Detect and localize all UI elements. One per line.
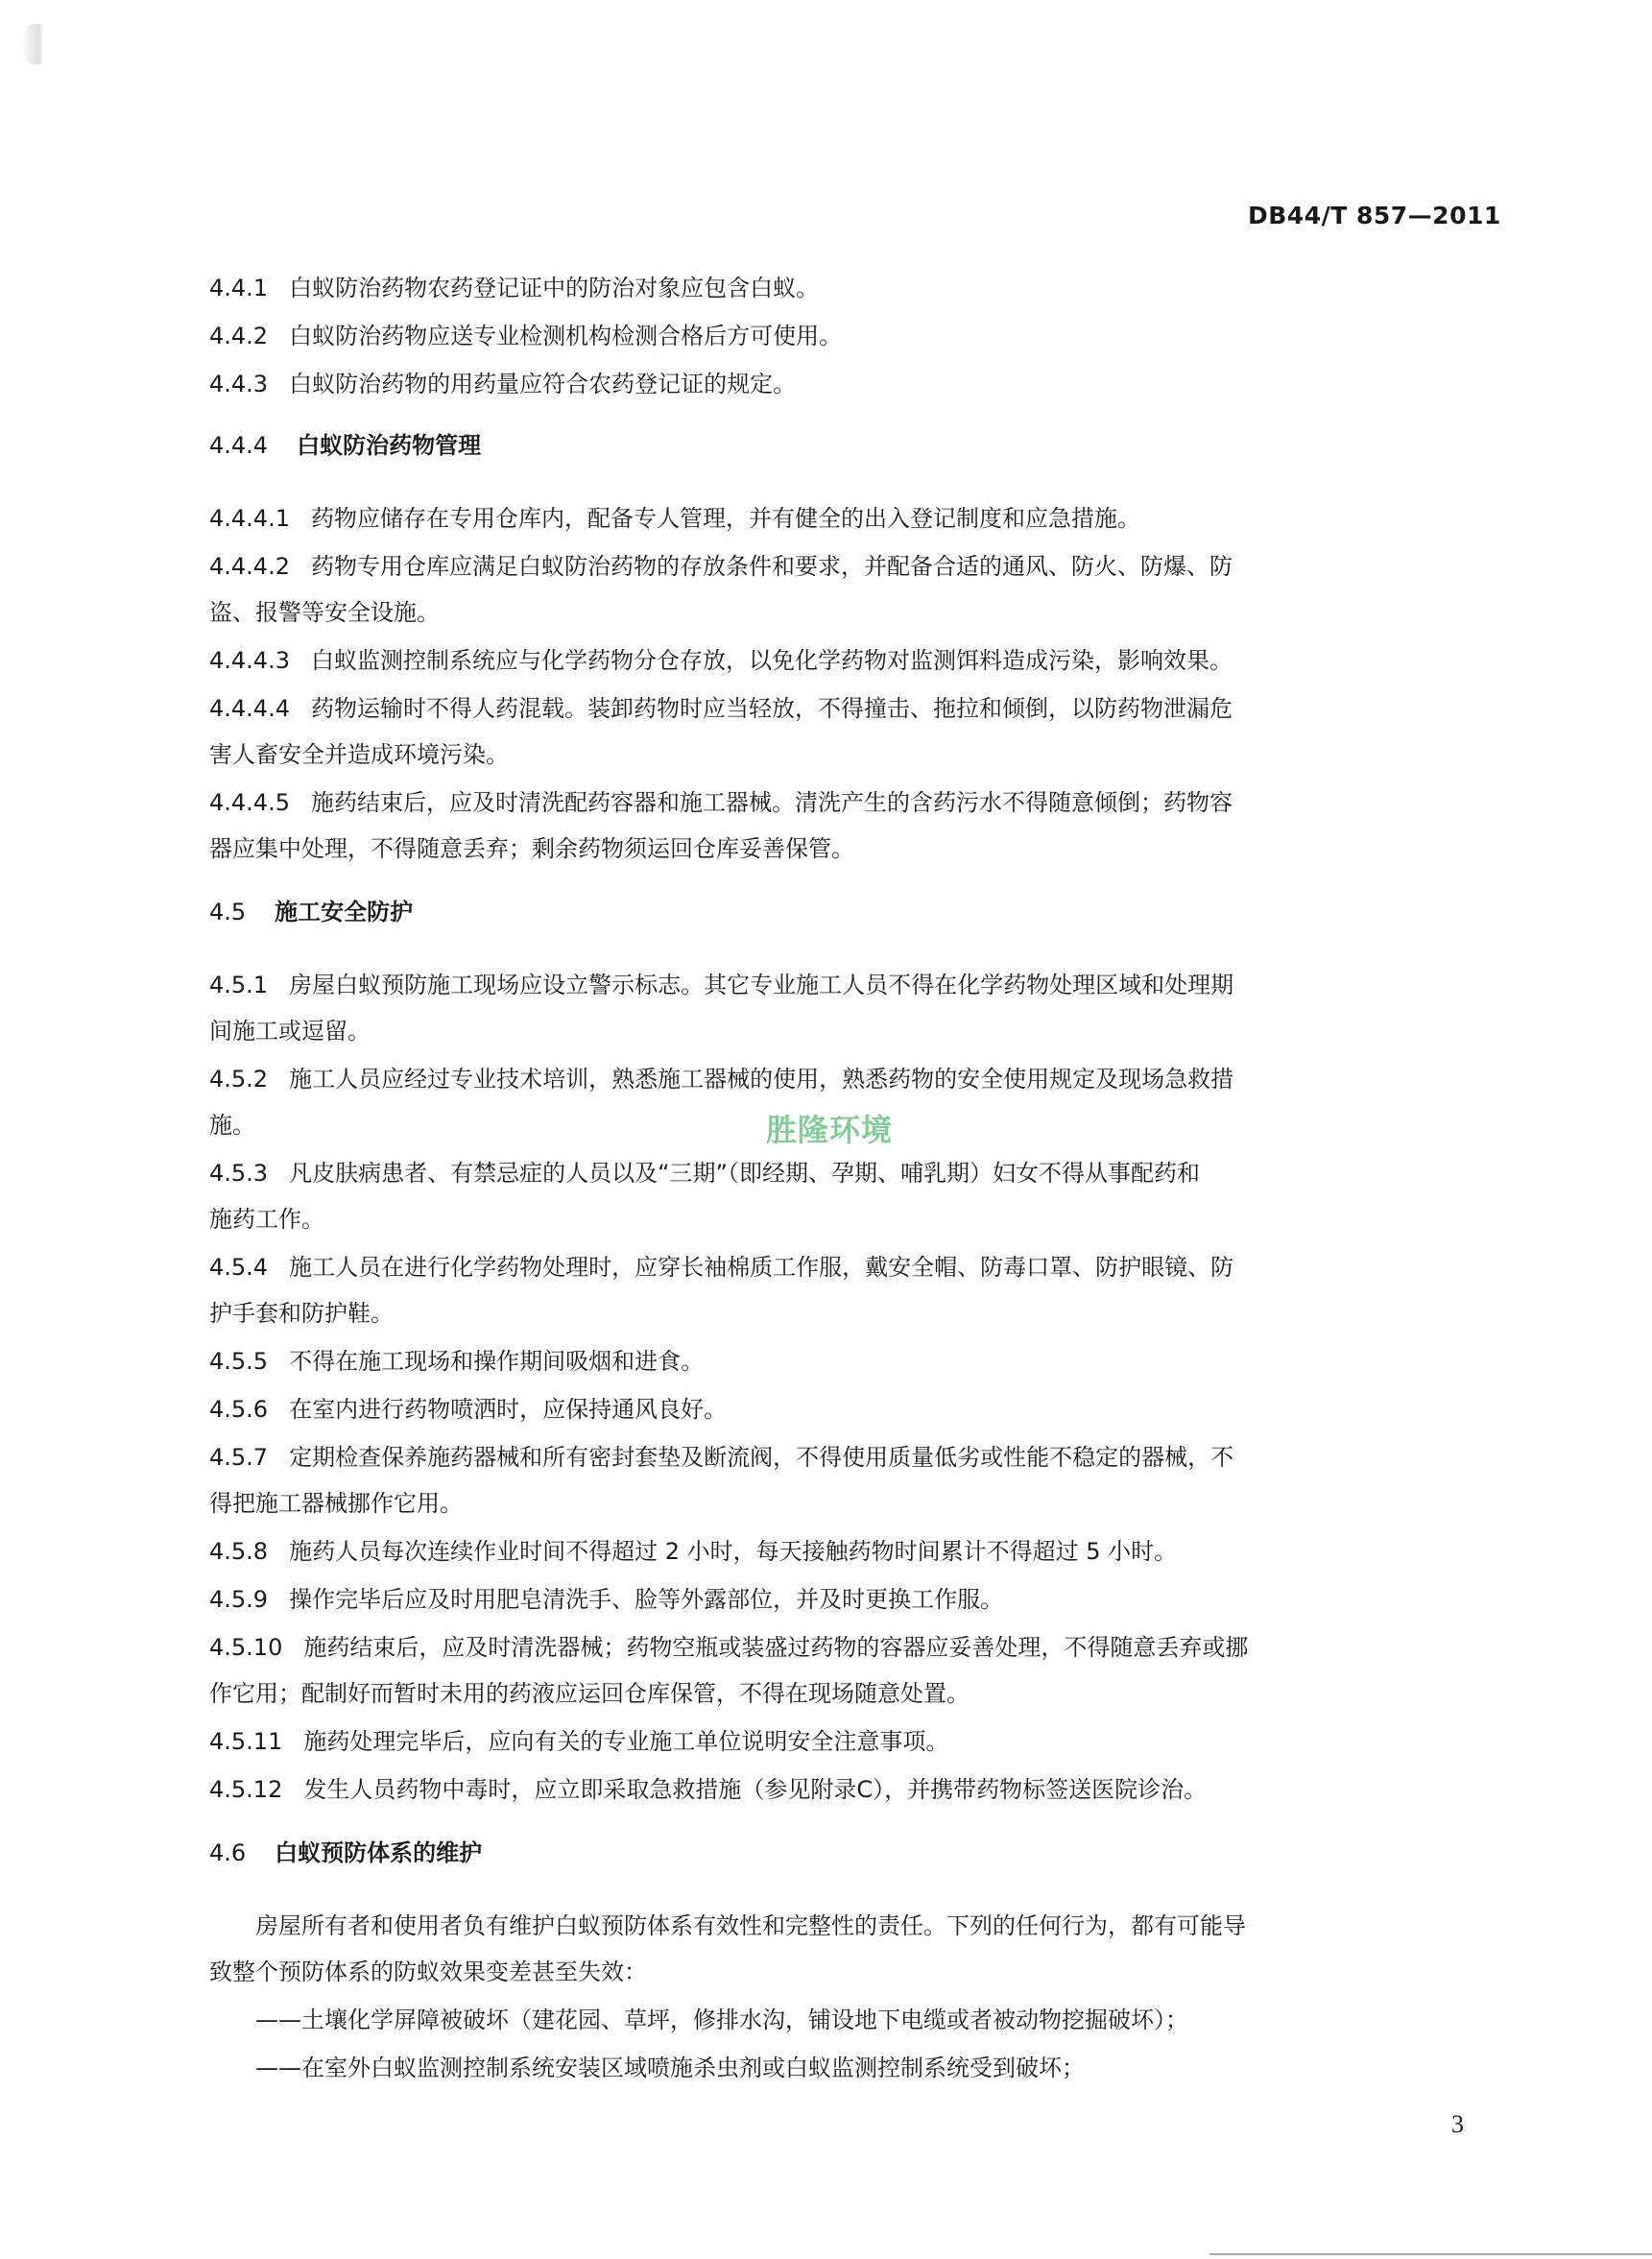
clause-number: 4.4.4.4: [209, 691, 290, 726]
heading-number: 4.4.4: [209, 428, 268, 463]
clause-number: 4.4.4.1: [209, 501, 290, 536]
clause-4-5-3: 4.5.3凡皮肤病患者、有禁忌症的人员以及“三期”（即经期、孕期、哺乳期）妇女不…: [209, 1156, 1481, 1190]
clause-text: 在室内进行药物喷洒时，应保持通风良好。: [289, 1396, 727, 1423]
clause-number: 4.4.4.3: [209, 643, 290, 678]
heading-number: 4.6: [209, 1836, 246, 1870]
clause-4-5-8: 4.5.8施药人员每次连续作业时间不得超过 2 小时，每天接触药物时间累计不得超…: [209, 1534, 1481, 1569]
clause-text: 药物专用仓库应满足白蚁防治药物的存放条件和要求，并配备合适的通风、防火、防爆、防: [311, 553, 1233, 580]
clause-text: 施药人员每次连续作业时间不得超过 2 小时，每天接触药物时间累计不得超过 5 小…: [289, 1538, 1177, 1565]
clause-text: 白蚁防治药物的用药量应符合农药登记证的规定。: [289, 371, 796, 397]
clause-text: 施工人员应经过专业技术培训，熟悉施工器械的使用，熟悉药物的安全使用规定及现场急救…: [289, 1066, 1233, 1093]
watermark-text: 胜隆环境: [766, 1106, 893, 1150]
clause-4-5-5: 4.5.5不得在施工现场和操作期间吸烟和进食。: [209, 1344, 1481, 1379]
standard-code-header: DB44/T 857—2011: [1248, 202, 1501, 229]
clause-4-5-9: 4.5.9操作完毕后应及时用肥皂清洗手、脸等外露部位，并及时更换工作服。: [209, 1582, 1481, 1617]
clause-4-4-4-3: 4.4.4.3白蚁监测控制系统应与化学药物分仓存放，以免化学药物对监测饵料造成污…: [209, 643, 1481, 678]
clause-text: 药物应储存在专用仓库内，配备专人管理，并有健全的出入登记制度和应急措施。: [311, 505, 1140, 532]
clause-number: 4.5.6: [209, 1392, 268, 1427]
clause-number: 4.4.4.2: [209, 549, 290, 584]
clause-number: 4.5.4: [209, 1250, 268, 1285]
clause-text: 房屋白蚁预防施工现场应设立警示标志。其它专业施工人员不得在化学药物处理区域和处理…: [289, 972, 1233, 998]
clause-4-4-1: 4.4.1白蚁防治药物农药登记证中的防治对象应包含白蚁。: [209, 271, 1481, 305]
clause-text: 定期检查保养施药器械和所有密封套垫及断流阀，不得使用质量低劣或性能不稳定的器械，…: [289, 1444, 1233, 1471]
scan-edge-shadow: [21, 24, 42, 64]
heading-number: 4.5: [209, 895, 246, 929]
clause-4-5-1: 4.5.1房屋白蚁预防施工现场应设立警示标志。其它专业施工人员不得在化学药物处理…: [209, 968, 1481, 1002]
clause-4-5-2: 4.5.2施工人员应经过专业技术培训，熟悉施工器械的使用，熟悉药物的安全使用规定…: [209, 1062, 1481, 1096]
clause-4-5-12: 4.5.12发生人员药物中毒时，应立即采取急救措施（参见附录C），并携带药物标签…: [209, 1772, 1481, 1807]
heading-text: 施工安全防护: [275, 899, 413, 925]
clause-text: 操作完毕后应及时用肥皂清洗手、脸等外露部位，并及时更换工作服。: [289, 1586, 1003, 1613]
clause-4-4-4-4: 4.4.4.4药物运输时不得人药混载。装卸药物时应当轻放，不得撞击、拖拉和倾倒，…: [209, 691, 1481, 726]
clause-continuation: 盗、报警等安全设施。: [209, 595, 1481, 630]
clause-text: 白蚁防治药物应送专业检测机构检测合格后方可使用。: [289, 323, 842, 349]
clause-number: 4.5.9: [209, 1582, 268, 1617]
heading-text: 白蚁预防体系的维护: [275, 1839, 482, 1866]
clause-number: 4.4.2: [209, 319, 268, 353]
scan-bottom-edge: [1209, 2253, 1652, 2255]
maintenance-intro-line-1: 房屋所有者和使用者负有维护白蚁预防体系有效性和完整性的责任。下列的任何行为，都有…: [209, 1909, 1481, 1943]
clause-number: 4.4.3: [209, 367, 268, 401]
maintenance-intro-line-2: 致整个预防体系的防蚁效果变差甚至失效：: [209, 1955, 1481, 1989]
page-number: 3: [1451, 2110, 1464, 2139]
clause-number: 4.5.11: [209, 1724, 282, 1759]
heading-4-6: 4.6白蚁预防体系的维护: [209, 1836, 1481, 1870]
clause-text: 药物运输时不得人药混载。装卸药物时应当轻放，不得撞击、拖拉和倾倒，以防药物泄漏危: [311, 695, 1233, 722]
heading-text: 白蚁防治药物管理: [297, 432, 481, 459]
clause-text: 施药处理完毕后，应向有关的专业施工单位说明安全注意事项。: [303, 1728, 948, 1755]
clause-number: 4.5.3: [209, 1156, 268, 1190]
document-body: 4.4.1白蚁防治药物农药登记证中的防治对象应包含白蚁。 4.4.2白蚁防治药物…: [209, 271, 1481, 2099]
maintenance-list-item: ——土壤化学屏障被破坏（建花园、草坪，修排水沟，铺设地下电缆或者被动物挖掘破坏）…: [209, 2003, 1481, 2037]
clause-continuation: 护手套和防护鞋。: [209, 1296, 1481, 1331]
clause-continuation: 作它用；配制好而暂时未用的药液应运回仓库保管，不得在现场随意处置。: [209, 1676, 1481, 1711]
clause-text: 不得在施工现场和操作期间吸烟和进食。: [289, 1348, 704, 1375]
clause-text: 施药结束后，应及时清洗配药容器和施工器械。清洗产生的含药污水不得随意倾倒；药物容: [311, 789, 1233, 816]
clause-4-5-6: 4.5.6在室内进行药物喷洒时，应保持通风良好。: [209, 1392, 1481, 1427]
clause-continuation: 害人畜安全并造成环境污染。: [209, 737, 1481, 772]
clause-text: 发生人员药物中毒时，应立即采取急救措施（参见附录C），并携带药物标签送医院诊治。: [303, 1776, 1207, 1803]
clause-text: 施药结束后，应及时清洗器械；药物空瓶或装盛过药物的容器应妥善处理，不得随意丢弃或…: [303, 1634, 1248, 1661]
heading-4-5: 4.5施工安全防护: [209, 895, 1481, 929]
clause-4-4-4-1: 4.4.4.1药物应储存在专用仓库内，配备专人管理，并有健全的出入登记制度和应急…: [209, 501, 1481, 536]
clause-text: 施工人员在进行化学药物处理时，应穿长袖棉质工作服，戴安全帽、防毒口罩、防护眼镜、…: [289, 1254, 1233, 1281]
maintenance-list-item: ——在室外白蚁监测控制系统安装区域喷施杀虫剂或白蚁监测控制系统受到破坏；: [209, 2051, 1481, 2085]
clause-number: 4.5.8: [209, 1534, 268, 1569]
clause-number: 4.5.12: [209, 1772, 282, 1807]
clause-number: 4.5.2: [209, 1062, 268, 1096]
clause-4-5-11: 4.5.11施药处理完毕后，应向有关的专业施工单位说明安全注意事项。: [209, 1724, 1481, 1759]
clause-text: 凡皮肤病患者、有禁忌症的人员以及“三期”（即经期、孕期、哺乳期）妇女不得从事配药…: [289, 1160, 1200, 1187]
clause-number: 4.4.1: [209, 271, 268, 305]
clause-4-4-3: 4.4.3白蚁防治药物的用药量应符合农药登记证的规定。: [209, 367, 1481, 401]
clause-number: 4.5.5: [209, 1344, 268, 1379]
clause-4-5-7: 4.5.7定期检查保养施药器械和所有密封套垫及断流阀，不得使用质量低劣或性能不稳…: [209, 1440, 1481, 1475]
clause-continuation: 器应集中处理，不得随意丢弃；剩余药物须运回仓库妥善保管。: [209, 831, 1481, 866]
clause-continuation: 施药工作。: [209, 1202, 1481, 1237]
clause-4-4-4-2: 4.4.4.2药物专用仓库应满足白蚁防治药物的存放条件和要求，并配备合适的通风、…: [209, 549, 1481, 584]
clause-number: 4.5.10: [209, 1630, 282, 1665]
clause-number: 4.5.7: [209, 1440, 268, 1475]
clause-4-4-4-5: 4.4.4.5施药结束后，应及时清洗配药容器和施工器械。清洗产生的含药污水不得随…: [209, 785, 1481, 820]
clause-continuation: 间施工或逗留。: [209, 1014, 1481, 1048]
clause-text: 白蚁监测控制系统应与化学药物分仓存放，以免化学药物对监测饵料造成污染，影响效果。: [311, 647, 1233, 674]
clause-text: 白蚁防治药物农药登记证中的防治对象应包含白蚁。: [289, 275, 819, 301]
clause-number: 4.5.1: [209, 968, 268, 1002]
heading-4-4-4: 4.4.4白蚁防治药物管理: [209, 428, 1481, 463]
clause-continuation: 得把施工器械挪作它用。: [209, 1486, 1481, 1521]
clause-4-4-2: 4.4.2白蚁防治药物应送专业检测机构检测合格后方可使用。: [209, 319, 1481, 353]
clause-number: 4.4.4.5: [209, 785, 290, 820]
clause-4-5-10: 4.5.10施药结束后，应及时清洗器械；药物空瓶或装盛过药物的容器应妥善处理，不…: [209, 1630, 1481, 1665]
clause-4-5-4: 4.5.4施工人员在进行化学药物处理时，应穿长袖棉质工作服，戴安全帽、防毒口罩、…: [209, 1250, 1481, 1285]
